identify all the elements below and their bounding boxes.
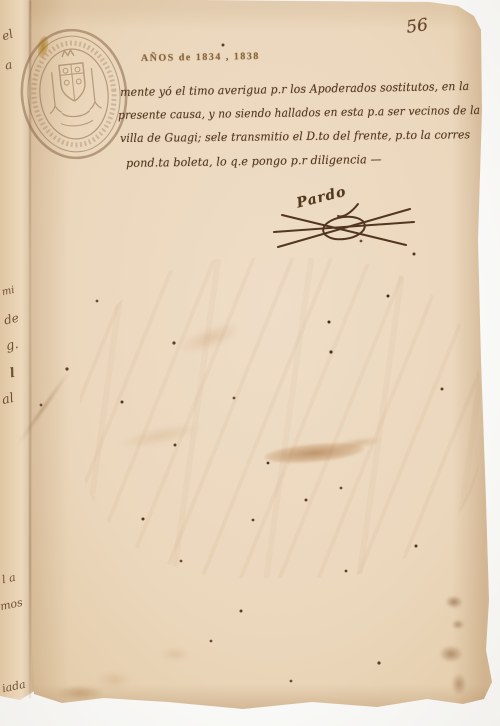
left-page-text-fragment: g. — [5, 337, 20, 354]
left-page-text-fragment: de — [3, 311, 20, 328]
edge-stain — [58, 686, 102, 700]
edge-stain — [452, 674, 466, 694]
left-page-text-fragment: l — [8, 366, 16, 382]
official-seal-stamp-icon — [11, 21, 137, 168]
signature-rubric-flourish — [272, 200, 417, 252]
left-page-text-fragment: a — [4, 57, 14, 72]
left-page-text-fragment: mi — [1, 285, 16, 298]
left-page-text-fragment: al — [1, 391, 16, 408]
ink-bleedthrough-texture — [80, 258, 480, 578]
left-page-text-fragment: mos — [0, 596, 24, 613]
left-page-text-fragment: l a — [1, 571, 17, 587]
stamp-years-text: AÑOS de 1834 , 1838 — [141, 51, 260, 64]
paper-stain — [162, 648, 188, 660]
paper-stain — [98, 672, 130, 688]
photograph-background: el a mi de g. l al l a mos iada — [0, 0, 500, 726]
foxing-spots — [0, 0, 2, 2]
edge-stain — [440, 646, 462, 662]
left-page-text-fragment: iada — [1, 678, 27, 696]
edge-stain — [446, 596, 462, 608]
page-number: 56 — [405, 15, 429, 38]
edge-stain — [452, 620, 464, 629]
